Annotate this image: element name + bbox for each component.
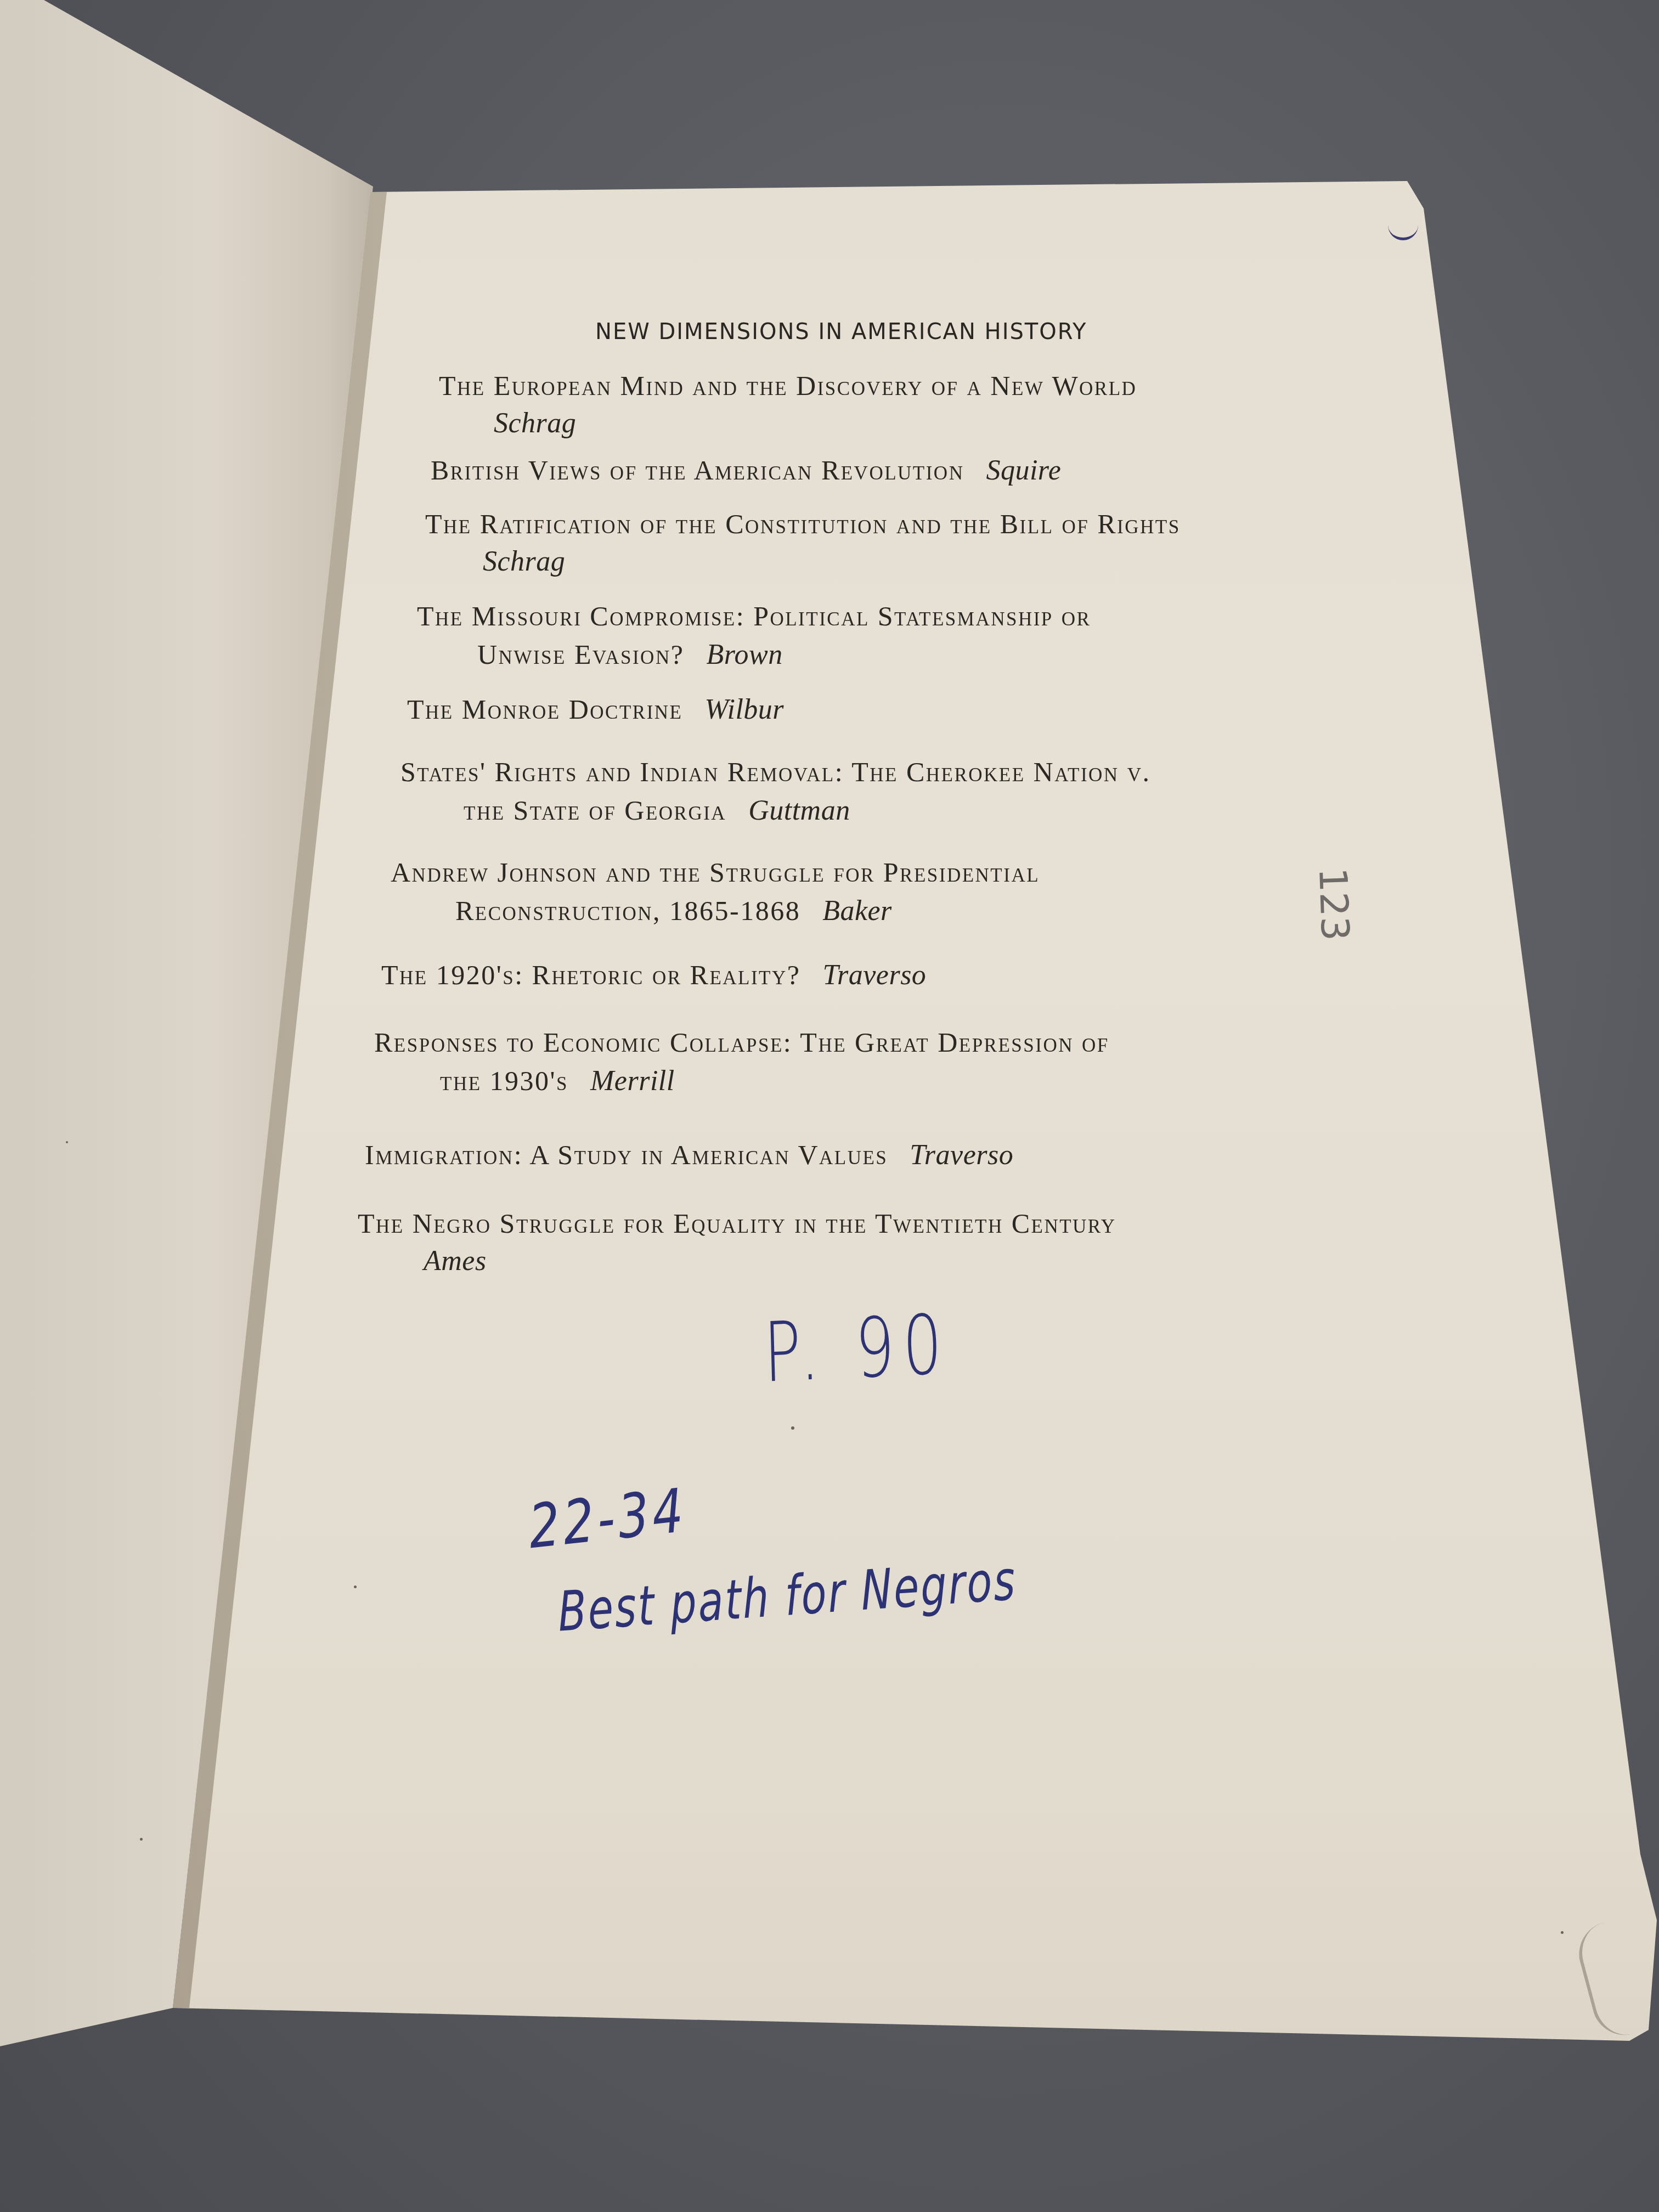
entry-title: States' Rights and Indian Removal: The C… [400, 758, 1150, 786]
list-item: The 1920's: Rhetoric or Reality?Traverso [381, 961, 926, 990]
paper-speck [66, 1141, 68, 1143]
entry-title: The Ratification of the Constitution and… [425, 510, 1181, 538]
entry-title: The Missouri Compromise: Political State… [417, 602, 1091, 630]
list-item: The Missouri Compromise: Political State… [417, 602, 1091, 669]
paper-speck [791, 1426, 794, 1430]
list-item: Immigration: A Study in American ValuesT… [365, 1141, 1013, 1170]
paper-speck [140, 1838, 143, 1841]
pencil-margin-mark: 123 [1310, 867, 1358, 941]
entry-author: Traverso [822, 960, 926, 991]
entry-author: Ames [424, 1247, 1116, 1276]
entry-author: Merrill [590, 1065, 675, 1097]
entry-title: Andrew Johnson and the Struggle for Pres… [391, 859, 1040, 886]
entry-author: Wilbur [704, 694, 784, 725]
entry-title-continuation: the State of Georgia [464, 795, 726, 826]
entry-title-continuation: the 1930's [440, 1065, 568, 1096]
entry-author: Traverso [910, 1139, 1013, 1171]
entry-title-continuation-row: the 1930'sMerrill [440, 1067, 1109, 1096]
entry-title-continuation: Reconstruction, 1865-1868 [455, 895, 800, 926]
entry-author: Squire [986, 455, 1061, 486]
paper-speck [354, 1585, 357, 1588]
list-item: Andrew Johnson and the Struggle for Pres… [391, 859, 1040, 926]
entry-title: Immigration: A Study in American Values [365, 1139, 888, 1170]
entry-title-continuation-row: Unwise Evasion?Brown [477, 641, 1091, 669]
list-item: The Negro Struggle for Equality in the T… [358, 1210, 1116, 1276]
entry-title: British Views of the American Revolution [431, 455, 964, 486]
entry-title-continuation-row: Reconstruction, 1865-1868Baker [455, 897, 1040, 926]
entry-title-row: The Monroe DoctrineWilbur [407, 696, 784, 724]
entry-title: The 1920's: Rhetoric or Reality? [381, 960, 800, 990]
entry-author: Baker [822, 895, 892, 927]
entry-title-row: The 1920's: Rhetoric or Reality?Traverso [381, 961, 926, 990]
list-item: The European Mind and the Discovery of a… [439, 372, 1137, 438]
entry-title: The Monroe Doctrine [407, 694, 682, 725]
paper-speck [1561, 1931, 1564, 1934]
entry-title-row: British Views of the American Revolution… [431, 456, 1061, 485]
list-item: British Views of the American Revolution… [431, 456, 1061, 485]
list-item: States' Rights and Indian Removal: The C… [400, 758, 1150, 825]
entry-title: Responses to Economic Collapse: The Grea… [374, 1029, 1109, 1056]
entry-author: Schrag [483, 548, 1181, 576]
entry-author: Brown [706, 639, 782, 670]
entry-title: The European Mind and the Discovery of a… [439, 372, 1137, 399]
entry-title: The Negro Struggle for Equality in the T… [358, 1210, 1116, 1237]
entry-title-continuation-row: the State of GeorgiaGuttman [464, 797, 1150, 825]
entry-author: Guttman [748, 795, 850, 826]
handwritten-note: Best path for Negros [557, 1548, 1018, 1644]
list-item: The Monroe DoctrineWilbur [407, 696, 784, 724]
entry-title-continuation: Unwise Evasion? [477, 639, 684, 670]
handwritten-page-reference: P. 90 [763, 1297, 951, 1401]
list-item: Responses to Economic Collapse: The Grea… [374, 1029, 1109, 1096]
entry-title-row: Immigration: A Study in American ValuesT… [365, 1141, 1013, 1170]
list-item: The Ratification of the Constitution and… [425, 510, 1181, 576]
page-content: NEW DIMENSIONS IN AMERICAN HISTORY The E… [0, 0, 1659, 2212]
series-title: NEW DIMENSIONS IN AMERICAN HISTORY [595, 319, 1087, 345]
handwritten-page-range: 22-34 [527, 1475, 689, 1562]
entry-author: Schrag [494, 409, 1137, 438]
